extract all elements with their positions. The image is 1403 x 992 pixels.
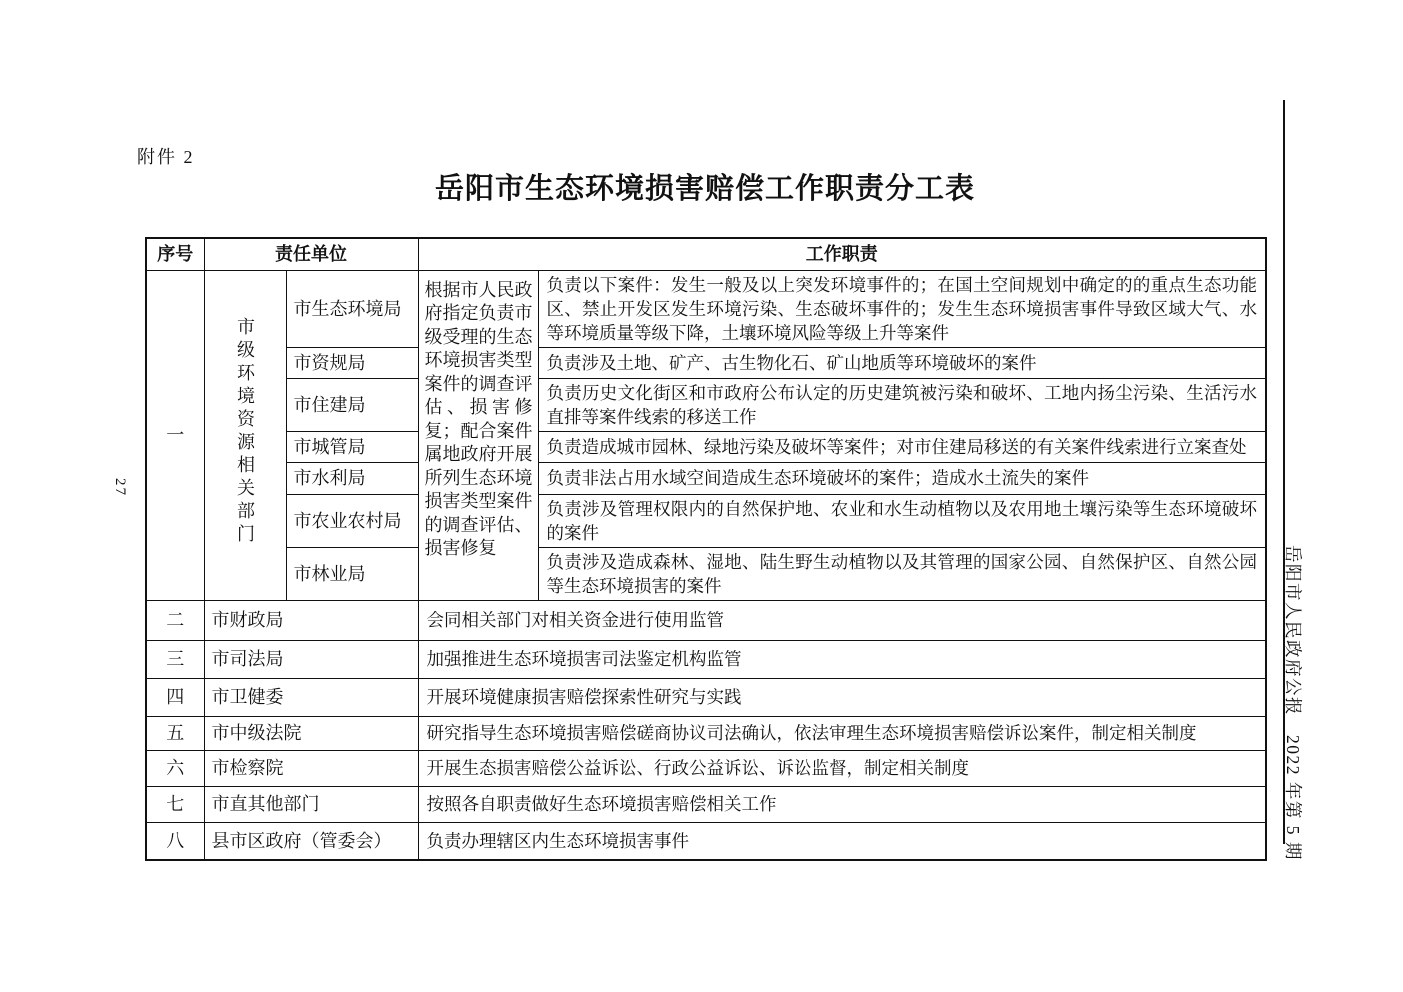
duty-cell: 负责历史文化街区和市政府公布认定的历史建筑被污染和破坏、工地内扬尘污染、生活污水… <box>538 378 1266 431</box>
unit-cell: 市司法局 <box>204 640 418 678</box>
unit-cell: 市林业局 <box>286 547 418 600</box>
table-row: 市城管局 负责造成城市园林、绿地污染及破坏等案件；对市住建局移送的有关案件线索进… <box>146 431 1266 462</box>
unit-cell: 县市区政府（管委会） <box>204 822 418 860</box>
responsibility-table: 序号 责任单位 工作职责 一 市级环境资源相关部门 市生态环境局 根据市人民政府… <box>145 237 1267 861</box>
unit-cell: 市财政局 <box>204 600 418 640</box>
duty-cell: 按照各自职责做好生态环境损害赔偿相关工作 <box>418 786 1266 822</box>
index-cell: 八 <box>146 822 204 860</box>
table-row: 一 市级环境资源相关部门 市生态环境局 根据市人民政府指定负责市级受理的生态环境… <box>146 270 1266 347</box>
shared-duty-cell: 根据市人民政府指定负责市级受理的生态环境损害类型案件的调查评估、损害修复；配合案… <box>418 270 538 600</box>
index-cell: 四 <box>146 678 204 716</box>
page-title: 岳阳市生态环境损害赔偿工作职责分工表 <box>145 166 1265 207</box>
index-cell: 七 <box>146 786 204 822</box>
unit-cell: 市城管局 <box>286 431 418 462</box>
unit-cell: 市住建局 <box>286 378 418 431</box>
table-row: 五 市中级法院 研究指导生态环境损害赔偿磋商协议司法确认，依法审理生态环境损害赔… <box>146 716 1266 750</box>
index-cell: 五 <box>146 716 204 750</box>
table-row: 市住建局 负责历史文化街区和市政府公布认定的历史建筑被污染和破坏、工地内扬尘污染… <box>146 378 1266 431</box>
group-unit-cell: 市级环境资源相关部门 <box>204 270 286 600</box>
unit-cell: 市农业农村局 <box>286 494 418 547</box>
table-row: 八 县市区政府（管委会） 负责办理辖区内生态环境损害事件 <box>146 822 1266 860</box>
index-cell: 三 <box>146 640 204 678</box>
duty-cell: 负责涉及造成森林、湿地、陆生野生动植物以及其管理的国家公园、自然保护区、自然公园… <box>538 547 1266 600</box>
duty-cell: 加强推进生态环境损害司法鉴定机构监管 <box>418 640 1266 678</box>
duty-cell: 研究指导生态环境损害赔偿磋商协议司法确认，依法审理生态环境损害赔偿诉讼案件，制定… <box>418 716 1266 750</box>
duty-cell: 开展生态损害赔偿公益诉讼、行政公益诉讼、诉讼监督，制定相关制度 <box>418 750 1266 786</box>
gazette-margin-text: 岳阳市人民政府公报 2022 年第 5 期 <box>1281 545 1306 861</box>
page-number: 27 <box>111 478 128 497</box>
duty-cell: 负责以下案件：发生一般及以上突发环境事件的；在国土空间规划中确定的的重点生态功能… <box>538 270 1266 347</box>
duty-cell: 开展环境健康损害赔偿探索性研究与实践 <box>418 678 1266 716</box>
unit-cell: 市资规局 <box>286 347 418 378</box>
unit-cell: 市卫健委 <box>204 678 418 716</box>
header-index: 序号 <box>146 238 204 270</box>
table-row: 市水利局 负责非法占用水域空间造成生态环境破坏的案件；造成水土流失的案件 <box>146 462 1266 494</box>
header-unit: 责任单位 <box>204 238 418 270</box>
table-row: 七 市直其他部门 按照各自职责做好生态环境损害赔偿相关工作 <box>146 786 1266 822</box>
header-duty: 工作职责 <box>418 238 1266 270</box>
index-cell: 一 <box>146 270 204 600</box>
unit-cell: 市检察院 <box>204 750 418 786</box>
unit-cell: 市中级法院 <box>204 716 418 750</box>
unit-cell: 市生态环境局 <box>286 270 418 347</box>
unit-cell: 市水利局 <box>286 462 418 494</box>
duty-cell: 负责涉及管理权限内的自然保护地、农业和水生动植物以及农用地土壤污染等生态环境破坏… <box>538 494 1266 547</box>
duty-cell: 会同相关部门对相关资金进行使用监管 <box>418 600 1266 640</box>
table-header-row: 序号 责任单位 工作职责 <box>146 238 1266 270</box>
table-row: 三 市司法局 加强推进生态环境损害司法鉴定机构监管 <box>146 640 1266 678</box>
duty-cell: 负责非法占用水域空间造成生态环境破坏的案件；造成水土流失的案件 <box>538 462 1266 494</box>
table-row: 二 市财政局 会同相关部门对相关资金进行使用监管 <box>146 600 1266 640</box>
document-page: 附件 2 岳阳市生态环境损害赔偿工作职责分工表 序号 责任单位 工作职责 一 市… <box>0 0 1403 992</box>
table-row: 四 市卫健委 开展环境健康损害赔偿探索性研究与实践 <box>146 678 1266 716</box>
index-cell: 二 <box>146 600 204 640</box>
group-unit-vertical-text: 市级环境资源相关部门 <box>236 317 254 547</box>
duty-cell: 负责办理辖区内生态环境损害事件 <box>418 822 1266 860</box>
table-row: 市资规局 负责涉及土地、矿产、古生物化石、矿山地质等环境破坏的案件 <box>146 347 1266 378</box>
index-cell: 六 <box>146 750 204 786</box>
unit-cell: 市直其他部门 <box>204 786 418 822</box>
table-row: 市农业农村局 负责涉及管理权限内的自然保护地、农业和水生动植物以及农用地土壤污染… <box>146 494 1266 547</box>
table-row: 六 市检察院 开展生态损害赔偿公益诉讼、行政公益诉讼、诉讼监督，制定相关制度 <box>146 750 1266 786</box>
duty-cell: 负责涉及土地、矿产、古生物化石、矿山地质等环境破坏的案件 <box>538 347 1266 378</box>
table-row: 市林业局 负责涉及造成森林、湿地、陆生野生动植物以及其管理的国家公园、自然保护区… <box>146 547 1266 600</box>
duty-cell: 负责造成城市园林、绿地污染及破坏等案件；对市住建局移送的有关案件线索进行立案查处 <box>538 431 1266 462</box>
